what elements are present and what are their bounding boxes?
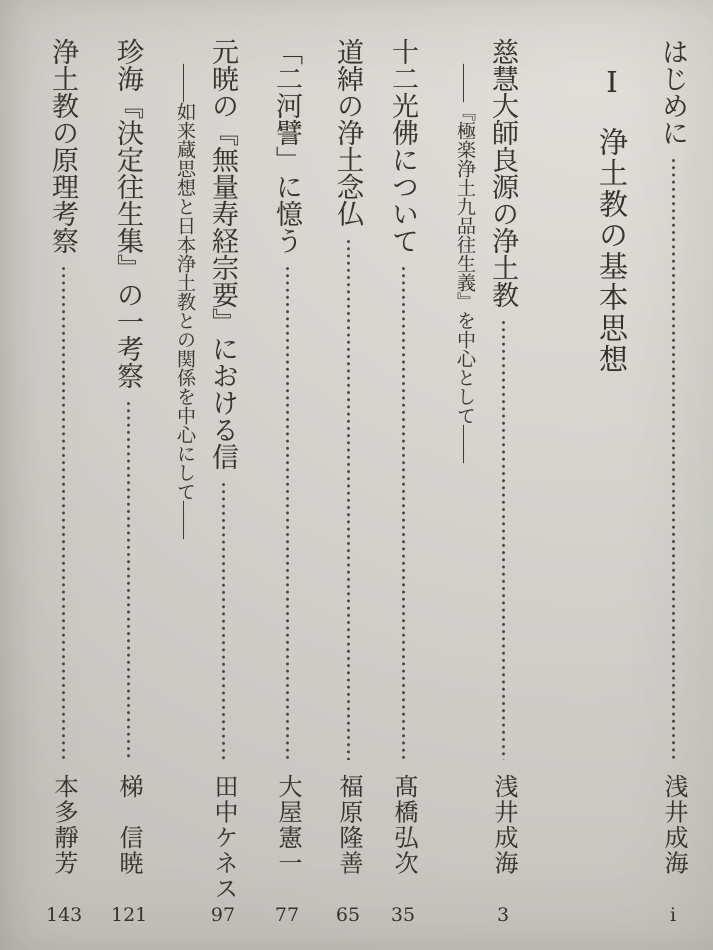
toc-entry-column: 十二光佛について 髙橋弘次 35 <box>386 38 420 928</box>
entry-author: 髙橋弘次 <box>386 774 420 902</box>
entry-page-number: 35 <box>386 904 420 928</box>
entry-page-number: 97 <box>206 904 240 928</box>
entry-page-number: i <box>656 904 690 928</box>
entry-title: 十二光佛について <box>386 38 420 254</box>
toc-entry-column: 珍海『決定往生集』の一考察 梯 信暁 121 <box>111 38 145 928</box>
section-heading-column: Ⅰ 浄土教の基本思想 <box>594 38 628 928</box>
section-numeral: Ⅰ <box>594 65 628 99</box>
section-heading: Ⅰ 浄土教の基本思想 <box>594 38 628 928</box>
toc-entry: 十二光佛について 髙橋弘次 35 <box>386 38 420 928</box>
entry-author: 浅井成海 <box>656 774 690 902</box>
dotted-leader <box>502 319 505 760</box>
toc-entry-column: はじめに 浅井成海 i <box>656 38 690 928</box>
entry-title: 浄土教の原理考察 <box>46 38 80 254</box>
entry-title: 珍海『決定往生集』の一考察 <box>111 38 145 389</box>
entry-title: 道綽の浄土念仏 <box>331 38 365 227</box>
dotted-leader <box>402 265 405 760</box>
entry-subtitle: ——如来蔵思想と日本浄土教との関係を中心にして—— <box>171 64 198 539</box>
entry-title: はじめに <box>656 38 690 146</box>
entry-title: 元暁の『無量寿経宗要』における信 <box>206 38 240 470</box>
dotted-leader <box>347 238 350 760</box>
toc-entry: 道綽の浄土念仏 福原隆善 65 <box>331 38 365 928</box>
entry-page-number: 121 <box>111 904 145 928</box>
entry-page-number: 77 <box>270 904 304 928</box>
entry-author: 本多靜芳 <box>46 774 80 902</box>
toc-entry-column: 「二河譬」に憶う 大屋憲一 77 <box>270 38 304 928</box>
dotted-leader <box>127 400 130 760</box>
toc-entry: 珍海『決定往生集』の一考察 梯 信暁 121 <box>111 38 145 928</box>
entry-title: 「二河譬」に憶う <box>270 38 304 254</box>
entry-author: 福原隆善 <box>331 774 365 902</box>
toc-entry: 浄土教の原理考察 本多靜芳 143 <box>46 38 80 928</box>
toc-entry-column: 浄土教の原理考察 本多靜芳 143 <box>46 38 80 928</box>
toc-entry-column: 元暁の『無量寿経宗要』における信 田中ケネス 97 <box>206 38 240 928</box>
toc-entry: 元暁の『無量寿経宗要』における信 田中ケネス 97 ——如来蔵思想と日本浄土教と… <box>171 38 240 928</box>
entry-page-number: 65 <box>331 904 365 928</box>
section-title: 浄土教の基本思想 <box>594 127 628 375</box>
dotted-leader <box>672 157 675 760</box>
dotted-leader <box>286 265 289 760</box>
entry-author: 浅井成海 <box>486 774 520 902</box>
toc-entry-column: 道綽の浄土念仏 福原隆善 65 <box>331 38 365 928</box>
entry-author: 田中ケネス <box>206 774 240 902</box>
entry-author: 大屋憲一 <box>270 774 304 902</box>
toc-entry-preface: はじめに 浅井成海 i <box>656 38 690 928</box>
entry-author: 梯 信暁 <box>111 774 145 902</box>
entry-page-number: 3 <box>486 904 520 928</box>
toc-entry-column: 慈慧大師良源の浄土教 浅井成海 3 <box>486 38 520 928</box>
toc-entry: 慈慧大師良源の浄土教 浅井成海 3 ——『極楽浄土九品往生義』を中心として—— <box>451 38 520 928</box>
entry-page-number: 143 <box>46 904 80 928</box>
dotted-leader <box>62 265 65 760</box>
entry-subtitle: ——『極楽浄土九品往生義』を中心として—— <box>451 64 478 463</box>
entry-title: 慈慧大師良源の浄土教 <box>486 38 520 308</box>
table-of-contents: はじめに 浅井成海 i Ⅰ 浄土教の基本思想 慈慧大師良源の浄土教 浅井成海 3… <box>0 38 713 928</box>
toc-entry: 「二河譬」に憶う 大屋憲一 77 <box>270 38 304 928</box>
dotted-leader <box>222 481 225 760</box>
